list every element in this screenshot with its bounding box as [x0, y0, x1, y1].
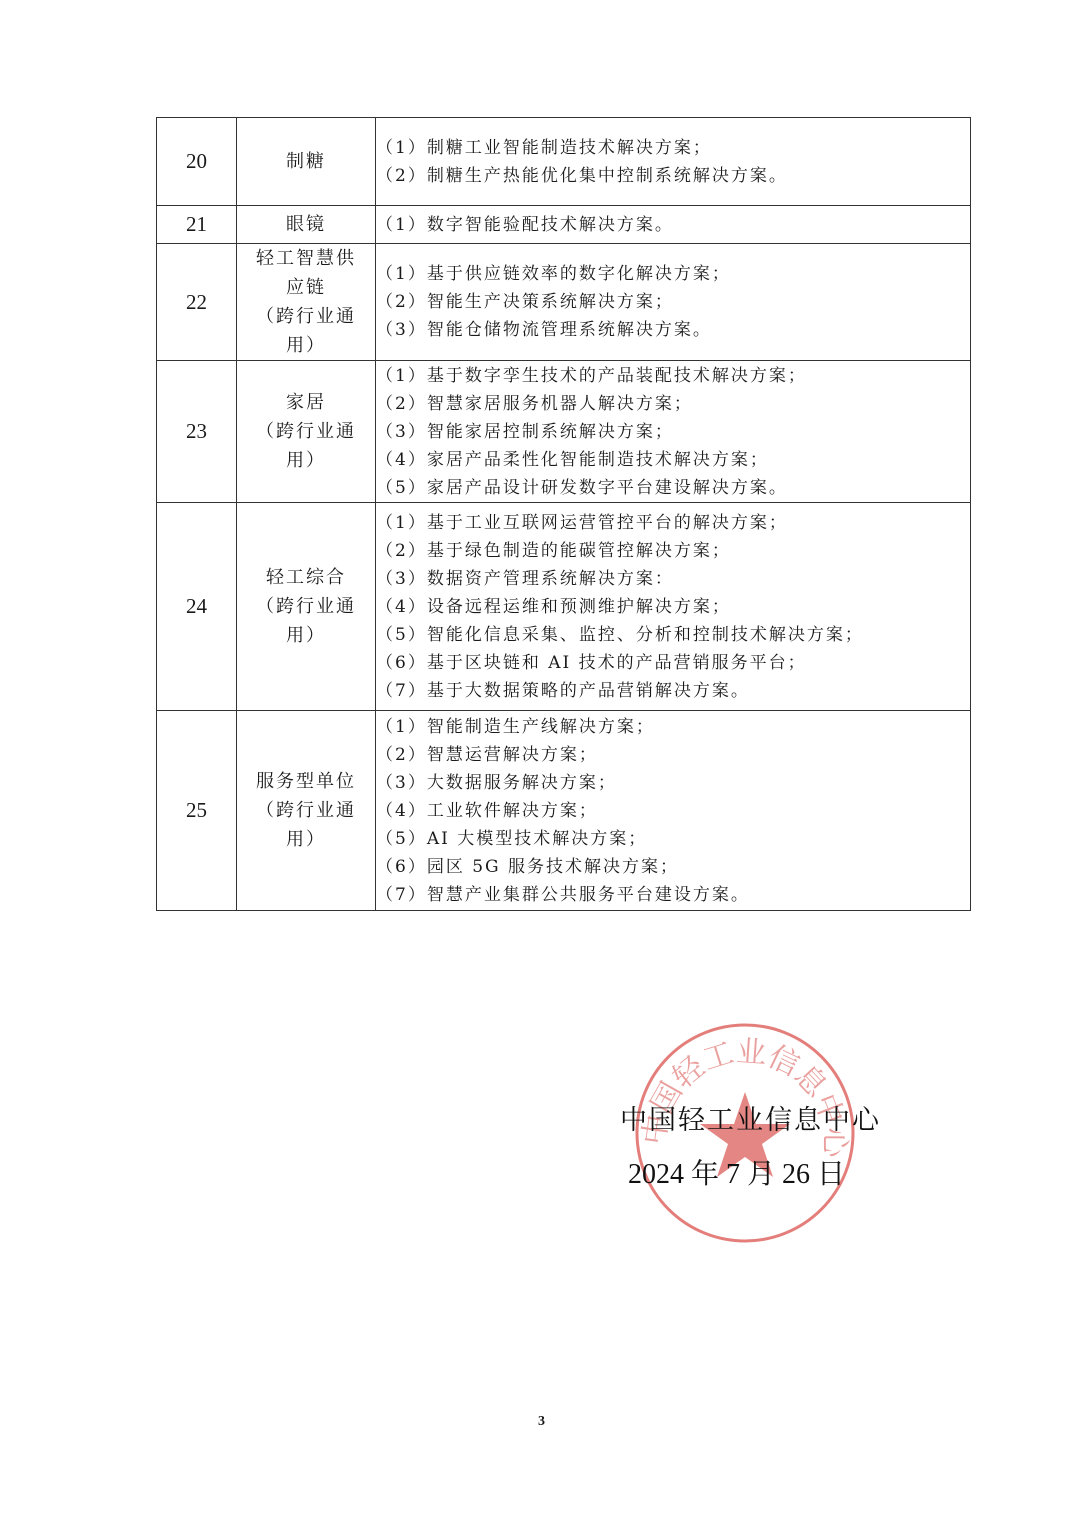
industry-category: 家居（跨行业通用） [237, 361, 376, 503]
table-row: 21眼镜（1）数字智能验配技术解决方案。 [157, 206, 971, 244]
industry-category: 轻工智慧供应链（跨行业通用） [237, 244, 376, 361]
solution-list: （1）基于供应链效率的数字化解决方案；（2）智能生产决策系统解决方案；（3）智能… [376, 244, 971, 361]
category-line: 制糖 [237, 147, 375, 176]
table-row: 24轻工综合（跨行业通用）（1）基于工业互联网运营管控平台的解决方案；（2）基于… [157, 503, 971, 711]
industry-category: 制糖 [237, 118, 376, 206]
category-line: 用） [237, 331, 375, 360]
table-row: 23家居（跨行业通用）（1）基于数字孪生技术的产品装配技术解决方案；（2）智慧家… [157, 361, 971, 503]
solution-list: （1）基于工业互联网运营管控平台的解决方案；（2）基于绿色制造的能碳管控解决方案… [376, 503, 971, 711]
issuing-organization: 中国轻工业信息中心 [620, 1098, 881, 1137]
solution-item: （5）智能化信息采集、监控、分析和控制技术解决方案； [376, 621, 970, 649]
table-row: 20制糖（1）制糖工业智能制造技术解决方案；（2）制糖生产热能优化集中控制系统解… [157, 118, 971, 206]
table-row: 25服务型单位（跨行业通用）（1）智能制造生产线解决方案；（2）智慧运营解决方案… [157, 711, 971, 911]
solution-item: （3）智能仓储物流管理系统解决方案。 [376, 316, 970, 344]
solution-list: （1）基于数字孪生技术的产品装配技术解决方案；（2）智慧家居服务机器人解决方案；… [376, 361, 971, 503]
issue-date: 2024 年 7 月 26 日 [628, 1152, 845, 1192]
solution-item: （2）智慧运营解决方案； [376, 741, 970, 769]
solution-item: （4）工业软件解决方案； [376, 797, 970, 825]
industry-category: 轻工综合（跨行业通用） [237, 503, 376, 711]
solution-item: （1）基于供应链效率的数字化解决方案； [376, 260, 970, 288]
page-number: 3 [538, 1414, 545, 1430]
solution-item: （7）智慧产业集群公共服务平台建设方案。 [376, 881, 970, 909]
solution-item: （4）家居产品柔性化智能制造技术解决方案； [376, 446, 970, 474]
category-line: （跨行业通 [237, 592, 375, 621]
solution-list: （1）数字智能验配技术解决方案。 [376, 206, 971, 244]
category-line: 用） [237, 446, 375, 475]
solution-item: （6）园区 5G 服务技术解决方案； [376, 853, 970, 881]
solution-item: （1）基于工业互联网运营管控平台的解决方案； [376, 509, 970, 537]
row-number: 22 [157, 244, 237, 361]
solution-item: （7）基于大数据策略的产品营销解决方案。 [376, 677, 970, 705]
category-line: 眼镜 [237, 210, 375, 239]
table-row: 22轻工智慧供应链（跨行业通用）（1）基于供应链效率的数字化解决方案；（2）智能… [157, 244, 971, 361]
solution-item: （3）智能家居控制系统解决方案； [376, 418, 970, 446]
category-line: 轻工综合 [237, 563, 375, 592]
category-line: （跨行业通 [237, 302, 375, 331]
solution-item: （1）基于数字孪生技术的产品装配技术解决方案； [376, 362, 970, 390]
solution-item: （3）数据资产管理系统解决方案： [376, 565, 970, 593]
row-number: 25 [157, 711, 237, 911]
industry-category: 眼镜 [237, 206, 376, 244]
category-line: 应链 [237, 273, 375, 302]
solution-item: （6）基于区块链和 AI 技术的产品营销服务平台； [376, 649, 970, 677]
solution-item: （2）制糖生产热能优化集中控制系统解决方案。 [376, 162, 970, 190]
industry-category: 服务型单位（跨行业通用） [237, 711, 376, 911]
solution-item: （2）智慧家居服务机器人解决方案； [376, 390, 970, 418]
category-line: 用） [237, 621, 375, 650]
category-line: 轻工智慧供 [237, 244, 375, 273]
solution-list: （1）制糖工业智能制造技术解决方案；（2）制糖生产热能优化集中控制系统解决方案。 [376, 118, 971, 206]
solution-item: （1）制糖工业智能制造技术解决方案； [376, 134, 970, 162]
solution-list: （1）智能制造生产线解决方案；（2）智慧运营解决方案；（3）大数据服务解决方案；… [376, 711, 971, 911]
category-line: 用） [237, 825, 375, 854]
solution-item: （5）家居产品设计研发数字平台建设解决方案。 [376, 474, 970, 502]
row-number: 23 [157, 361, 237, 503]
solution-item: （3）大数据服务解决方案； [376, 769, 970, 797]
solution-item: （1）数字智能验配技术解决方案。 [376, 211, 970, 239]
solution-item: （1）智能制造生产线解决方案； [376, 713, 970, 741]
row-number: 20 [157, 118, 237, 206]
category-line: （跨行业通 [237, 796, 375, 825]
row-number: 21 [157, 206, 237, 244]
solution-item: （5）AI 大模型技术解决方案； [376, 825, 970, 853]
category-line: 家居 [237, 388, 375, 417]
solutions-table: 20制糖（1）制糖工业智能制造技术解决方案；（2）制糖生产热能优化集中控制系统解… [156, 117, 971, 911]
solution-item: （2）基于绿色制造的能碳管控解决方案； [376, 537, 970, 565]
category-line: 服务型单位 [237, 767, 375, 796]
solution-item: （4）设备远程运维和预测维护解决方案； [376, 593, 970, 621]
row-number: 24 [157, 503, 237, 711]
category-line: （跨行业通 [237, 417, 375, 446]
solution-item: （2）智能生产决策系统解决方案； [376, 288, 970, 316]
